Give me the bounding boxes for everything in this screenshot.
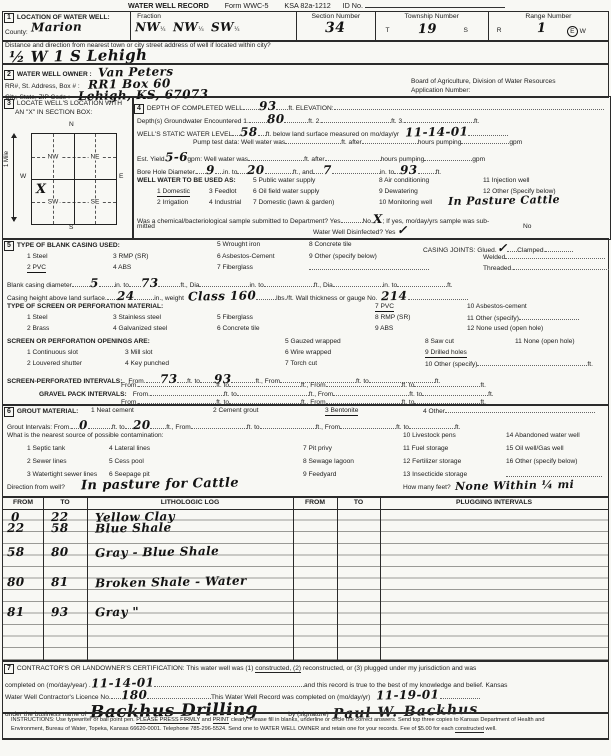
instructions-line2: Environment, Bureau of Water, Topeka, Ka…	[11, 726, 497, 733]
yield-after-ft: ft. after	[304, 156, 325, 163]
yield-label: Est. Yield	[137, 156, 165, 163]
gpi-from: From.	[133, 391, 150, 398]
opening-option: 8 Saw cut	[425, 338, 454, 346]
casing-option: 4 ABS	[113, 264, 131, 272]
cert-line1: 7CONTRACTOR'S OR LANDOWNER'S CERTIFICATI…	[4, 664, 476, 674]
screen-option: 8 RMP (SR)	[375, 314, 410, 322]
township-label: Township Number	[376, 13, 488, 20]
log-column-line	[293, 497, 294, 661]
diam-ftdia2: ft., Dia	[314, 282, 333, 289]
elevation-label: ft. ELEVATION:	[288, 105, 333, 112]
instructions-print: PRINT	[213, 717, 230, 724]
use-option: 3 Feedlot	[209, 188, 237, 196]
casing-height-line: Casing height above land surface.24in., …	[7, 289, 468, 303]
use-option: 5 Public water supply	[253, 177, 315, 185]
cert-line1b: reconstructed, or (3) plugged under my j…	[303, 665, 476, 672]
instructions-2a: Environment, Bureau of Water, Topeka, Ka…	[11, 726, 455, 732]
owner-row: 2WATER WELL OWNER :Van Peters RR#, St. A…	[2, 63, 609, 98]
grout-title-line: 6GROUT MATERIAL:	[4, 407, 78, 417]
openings-title: SCREEN OR PERFORATION OPENINGS ARE:	[7, 338, 150, 346]
contam-option: 2 Sewer lines	[27, 458, 67, 466]
county-label: County:	[5, 29, 28, 37]
fraction-3: SW	[211, 20, 234, 35]
casing-option: 1 Steel	[27, 253, 48, 261]
weight-label: in., weight	[154, 295, 184, 302]
weight-value: Class 160	[188, 288, 256, 304]
log-column-line	[43, 497, 44, 661]
mitted-label: mitted	[137, 223, 155, 231]
range-label: Range Number	[489, 13, 608, 20]
log-header-litho: LITHOLOGIC LOG	[87, 499, 293, 506]
disinfected-label: Water Well Disinfected? Yes	[313, 229, 395, 236]
screen-option: 3 Stainless steel	[113, 314, 161, 322]
screen-option-pvc-marked: 7 PVC	[375, 303, 394, 312]
lithologic-log-table: FROM TO LITHOLOGIC LOG FROM TO PLUGGING …	[2, 496, 609, 662]
other-specify-dots	[309, 264, 429, 273]
log-column-line	[87, 497, 88, 661]
range-r: R	[497, 27, 502, 35]
diam-into3: in. to	[383, 282, 397, 289]
opening-option: 5 Gauzed wrapped	[285, 338, 341, 346]
gpi-ft: ft.	[488, 391, 494, 398]
fraction-value-line: NW¼ NW¼ SW¼	[135, 20, 239, 34]
bore-ft1: 20	[247, 163, 265, 178]
disinfected-no-label: No	[523, 223, 531, 231]
log-row-from: 80	[7, 575, 25, 590]
contam-option: 16 Other (specify below)	[506, 458, 577, 466]
casing-option: 5 Wrought iron	[217, 241, 260, 249]
quarter-3: ¼	[234, 27, 239, 33]
grout-from-value: 0	[79, 418, 88, 433]
diam-ftdia1: ft., Dia	[180, 282, 199, 289]
contam-option: 15 Oil well/Gas well	[506, 445, 564, 453]
contam-option: 13 Insecticide storage	[403, 471, 467, 479]
used-as-label: WELL WATER TO BE USED AS:	[137, 177, 236, 184]
casing-option: 8 Concrete tile	[309, 241, 352, 249]
screen-option: 12 None used (open hole)	[467, 325, 543, 333]
opening-option-other: 10 Other (specify)ft.	[425, 360, 593, 369]
casing-title: TYPE OF BLANK CASING USED:	[17, 242, 120, 249]
static-level-label: WELL'S STATIC WATER LEVEL	[137, 131, 232, 138]
opening-ft: ft.	[587, 361, 593, 368]
feet-label: How many feet?	[403, 484, 451, 492]
section-box-panel: 3LOCATE WELL'S LOCATION WITH AN "X" IN S…	[2, 96, 134, 240]
log-column-line	[337, 497, 338, 661]
range-value: 1	[537, 21, 547, 37]
cert-licence-label: Water Well Contractor's Licence No.	[5, 694, 111, 701]
log-row-to: 80	[51, 545, 69, 560]
contam-option: 12 Fertilizer storage	[403, 458, 461, 466]
instructions-constructed: constructed	[455, 726, 484, 733]
contam-option: 5 Cess pool	[109, 458, 144, 466]
fraction-1: NW	[135, 20, 160, 35]
mile-label: 1 Mile	[4, 151, 10, 167]
quadrant-ne: NE	[88, 153, 101, 160]
height-label: Casing height above land surface.	[7, 295, 107, 302]
groundwater-label: Depth(s) Groundwater Encountered 1.	[137, 118, 249, 125]
log-header-from1: FROM	[3, 499, 43, 506]
grout-option: 1 Neat cement	[91, 407, 134, 415]
log-row-from: 58	[7, 545, 25, 560]
section3-number: 3	[4, 99, 14, 109]
county-value: Marion	[31, 20, 82, 35]
fraction-cell: Fraction NW¼ NW¼ SW¼	[131, 12, 297, 41]
direction-label: Direction from well?	[7, 484, 65, 492]
gpi-ftto2: ft. to	[409, 391, 422, 398]
distance-row: Distance and direction from nearest town…	[2, 40, 609, 65]
screen-option-other: 11 Other (specify)	[467, 314, 579, 323]
grout-int-label: Grout Intervals: From.	[7, 424, 71, 431]
screen-option: 1 Steel	[27, 314, 48, 322]
mile-arrow-down	[11, 217, 17, 222]
grid-center-horizontal	[32, 179, 116, 180]
grout-option-other: 4 Other	[423, 407, 595, 416]
mile-arrow-up	[11, 133, 17, 138]
log-row-to: 81	[51, 575, 69, 590]
grout-option: 2 Cement grout	[213, 407, 258, 415]
township-t: T	[386, 27, 390, 35]
compass-west: W	[20, 173, 26, 181]
grout-option-other-label: 4 Other	[423, 408, 445, 415]
yield-hours: hours pumping	[381, 156, 425, 163]
disinfected-check: ✓	[397, 223, 408, 238]
section6-number: 6	[4, 407, 14, 417]
form-title: WATER WELL RECORD	[128, 1, 209, 10]
grout-ftto: ft. to	[112, 424, 125, 431]
instructions-press-firmly: PLEASE PRESS FIRMLY	[136, 717, 200, 724]
log-row-desc: Blue Shale	[95, 520, 172, 536]
bore-into1: in. to	[223, 169, 237, 176]
contam-option: 10 Livestock pens	[403, 432, 456, 440]
instructions-1a: INSTRUCTIONS: Use typewriter or ball poi…	[11, 717, 136, 723]
use-option: 7 Domestic (lawn & garden)	[253, 199, 334, 207]
contam-option: 8 Sewage lagoon	[303, 458, 354, 466]
quarter-2: ¼	[199, 27, 204, 33]
well-x-mark: X	[36, 182, 47, 198]
compass-south: S	[69, 224, 73, 232]
feet-value: None Within ¼ mi	[455, 478, 574, 493]
location-cell: 1LOCATION OF WATER WELL: County: Marion	[3, 12, 131, 41]
screen-option: 2 Brass	[27, 325, 49, 333]
use-other-value: In Pasture Cattle	[448, 193, 560, 208]
screen-option-other-label: 11 Other (specify)	[467, 315, 519, 322]
disinfected-line: Water Well Disinfected? Yes✓	[313, 223, 408, 237]
id-label: ID No.	[343, 1, 363, 10]
section3-title1-line: 3LOCATE WELL'S LOCATION WITH	[4, 99, 122, 109]
section1-number: 1	[4, 13, 14, 23]
bore-ft2: 93	[400, 163, 418, 178]
contam-option: 4 Lateral lines	[109, 445, 150, 453]
form-number: Form WWC-5	[225, 1, 269, 10]
section-number-cell: Section Number 34	[297, 12, 375, 41]
casing-option: 9 Other (specify below)	[309, 253, 377, 261]
grout-ft: ft.	[455, 424, 461, 431]
gpi-ftfrom: ft., From	[309, 391, 334, 398]
opening-option: 1 Continuous slot	[27, 349, 78, 357]
bore-d2: 7	[323, 163, 332, 178]
sample-label: Was a chemical/bacteriological sample su…	[137, 218, 341, 225]
height-value: 24	[117, 289, 135, 304]
bore-into2: in. to	[380, 169, 394, 176]
use-option: 11 Injection well	[483, 177, 529, 185]
log-row-desc: Gray - Blue Shale	[95, 544, 219, 561]
depth-label: DEPTH OF COMPLETED WELL	[147, 105, 243, 112]
use-option: 2 Irrigation	[157, 199, 188, 207]
use-option: 10 Monitoring well	[379, 199, 432, 207]
opening-option: 2 Louvered shutter	[27, 360, 82, 368]
grout-intervals-line: Grout Intervals: From.0ft. to20ft., From…	[7, 418, 460, 432]
quadrant-nw: NW	[46, 153, 61, 160]
water-well-record-form: WATER WELL RECORD Form WWC-5 KSA 82a-121…	[0, 0, 611, 756]
statute: KSA 82a-1212	[284, 1, 330, 10]
screen-option: 10 Asbestos-cement	[467, 303, 527, 311]
grout-to-value: 20	[133, 418, 151, 433]
log-row-to: 58	[51, 521, 69, 536]
instructions-1b: and	[200, 717, 212, 723]
range-cell: Range Number R 1 E W	[489, 12, 608, 41]
quadrant-sw: SW	[46, 198, 60, 205]
section3-title1: LOCATE WELL'S LOCATION WITH	[17, 100, 122, 107]
threaded-label: Threaded.	[483, 265, 513, 272]
section-grid-box: NW NE SW SE X	[31, 133, 117, 225]
spi2-ftto2: ft. to	[402, 382, 415, 389]
contamination-question: What is the nearest source of possible c…	[7, 432, 164, 440]
instructions-line1: INSTRUCTIONS: Use typewriter or ball poi…	[11, 717, 544, 724]
used-as-row1: WELL WATER TO BE USED AS:	[137, 177, 236, 185]
spi-line2: From.ft. toft., Fromft. toft.	[121, 381, 486, 390]
opening-option: 6 Wire wrapped	[285, 349, 331, 357]
diam-into: in. to	[115, 282, 129, 289]
pump-hours-label: hours pumping	[418, 139, 462, 146]
casing-option: 6 Asbestos-Cement	[217, 253, 275, 261]
log-row-to: 93	[51, 605, 69, 620]
section-number-value: 34	[325, 20, 346, 37]
log-header-to2: TO	[337, 499, 380, 506]
pump-gpm: gpm	[509, 139, 522, 146]
spi2-ftfrom: ft., From	[301, 382, 326, 389]
opening-option: 11 None (open hole)	[515, 338, 575, 346]
contam-option: 1 Septic tank	[27, 445, 65, 453]
contam-option: 7 Pit privy	[303, 445, 332, 453]
opening-option: 4 Key punched	[125, 360, 169, 368]
opening-option-drilled-marked: 9 Drilled holes	[425, 349, 467, 358]
log-row-from: 81	[7, 605, 25, 620]
log-header-from2: FROM	[293, 499, 337, 506]
gauge-label: lbs./ft. Wall thickness or gauge No.	[276, 295, 377, 302]
grout-ftto2: ft. to	[247, 424, 260, 431]
screen-option: 6 Concrete tile	[217, 325, 260, 333]
groundwater-2-label: ft. 2.	[308, 118, 321, 125]
bore-ftand: ft., and	[293, 169, 313, 176]
log-row-from: 22	[7, 521, 25, 536]
grout-ftfrom1: ft., From	[166, 424, 191, 431]
yield-after: gpm: Well water was	[187, 156, 248, 163]
bore-label: Bore Hole Diameter.	[137, 169, 196, 176]
location-row: 1LOCATION OF WATER WELL: County: Marion …	[2, 11, 609, 42]
grout-panel: 6GROUT MATERIAL: 1 Neat cement 2 Cement …	[2, 404, 609, 498]
direction-value: In pasture for Cattle	[81, 476, 239, 494]
range-west: W	[580, 28, 586, 35]
cert-constructed-underlined: constructed, (2)	[255, 665, 301, 673]
mile-arrow-line	[13, 137, 14, 221]
log-column-line	[380, 497, 381, 661]
welded-line: Welded	[483, 253, 605, 262]
range-ew: E W	[567, 26, 586, 37]
agency-line: Board of Agriculture, Division of Water …	[411, 78, 556, 86]
grout-title: GROUT MATERIAL:	[17, 408, 78, 415]
gauge-value: 214	[381, 289, 407, 304]
casing-title-line: 5TYPE OF BLANK CASING USED:	[4, 241, 120, 251]
ft-label: ft.	[474, 118, 480, 125]
log-row-desc: Broken Shale - Water	[95, 574, 247, 591]
form-titlebar: WATER WELL RECORD Form WWC-5 KSA 82a-121…	[128, 2, 505, 11]
use-option-domestic-marked: 1 Domestic	[157, 188, 190, 197]
quadrant-se: SE	[89, 198, 102, 205]
casing-option: 7 Fiberglass	[217, 264, 253, 272]
bore-ft: ft.	[436, 169, 442, 176]
certification-panel: 7CONTRACTOR'S OR LANDOWNER'S CERTIFICATI…	[2, 660, 609, 714]
casing-panel: 5TYPE OF BLANK CASING USED: 5 Wrought ir…	[2, 238, 609, 406]
pump-test-label: Pump test data: Well water was	[193, 139, 285, 146]
contam-option: 11 Fuel storage	[403, 445, 448, 453]
compass-north: N	[69, 121, 74, 129]
compass-east: E	[119, 173, 123, 181]
opening-option-other-label: 10 Other (specify)	[425, 361, 477, 368]
bore-hole-line: Bore Hole Diameter.9in. to20ft., and7in.…	[137, 163, 441, 177]
grout-ftfrom2: ft., From	[316, 424, 341, 431]
section3-title2: AN "X" IN SECTION BOX:	[15, 109, 92, 117]
groundwater-3-label: ft. 3.	[391, 118, 404, 125]
contam-option: 14 Abandoned water well	[506, 432, 580, 440]
yield-gpm: gpm	[472, 156, 485, 163]
spi2-from: From.	[121, 382, 138, 389]
instructions-1c: clearly. Please fill in blanks, underlin…	[229, 717, 544, 723]
application-number-label: Application Number:	[411, 87, 470, 95]
casing-option-pvc-marked: 2 PVC	[27, 264, 46, 273]
spi2-ftto: ft. to	[216, 382, 229, 389]
diam-label: Blank casing diameter	[7, 282, 72, 289]
screen-option: 4 Galvanized steel	[113, 325, 167, 333]
township-s: S	[464, 27, 468, 35]
use-option: 8 Air conditioning	[379, 177, 429, 185]
log-header-plugging: PLUGGING INTERVALS	[380, 499, 608, 506]
gpi-label: GRAVEL PACK INTERVALS:	[39, 391, 127, 398]
threaded-line: Threaded.	[483, 264, 609, 273]
fraction-2: NW	[173, 20, 198, 35]
use-option: 6 Oil field water supply	[253, 188, 319, 196]
use-option: 9 Dewatering	[379, 188, 418, 196]
township-value: 19	[417, 22, 436, 38]
spi-label: SCREEN-PERFORATED INTERVALS:	[7, 378, 122, 385]
pump-test-line: Pump test data: Well water wasft. afterh…	[193, 138, 522, 147]
use-option: 4 Industrial	[209, 199, 241, 207]
cert-line1a: CONTRACTOR'S OR LANDOWNER'S CERTIFICATIO…	[17, 665, 254, 672]
pump-after-label: ft. after	[341, 139, 362, 146]
static-level-after: ft. below land surface measured on mo/da…	[266, 131, 399, 138]
opening-option: 7 Torch cut	[285, 360, 317, 368]
section5-number: 5	[4, 241, 14, 251]
section-number-label: Section Number	[297, 13, 374, 20]
township-cell: Township Number T 19 S	[376, 12, 489, 41]
instructions-2b: well.	[484, 726, 497, 732]
range-east-circled: E	[567, 26, 578, 37]
bore-d1: 9	[206, 163, 215, 178]
screen-title: TYPE OF SCREEN OR PERFORATION MATERIAL:	[7, 303, 163, 311]
grout-ftto3: ft. to	[396, 424, 409, 431]
instructions-panel: INSTRUCTIONS: Use typewriter or ball poi…	[2, 712, 609, 740]
log-header-to1: TO	[43, 499, 87, 506]
contam-option: 9 Feedyard	[303, 471, 336, 479]
depth-panel: 4DEPTH OF COMPLETED WELL93ft. ELEVATION:…	[132, 96, 611, 240]
grout-option-bentonite-marked: 3 Bentonite	[325, 407, 358, 416]
screen-option: 5 Fiberglass	[217, 314, 253, 322]
welded-label: Welded	[483, 254, 505, 261]
section7-number: 7	[4, 664, 14, 674]
id-blank-line	[365, 2, 505, 8]
log-ruled-body	[3, 509, 608, 661]
screen-option: 9 ABS	[375, 325, 393, 333]
log-row-desc: Gray "	[95, 605, 139, 620]
spi2-ft: ft.	[480, 382, 486, 389]
opening-option: 3 Mill slot	[125, 349, 152, 357]
diam-ft: ft.	[447, 282, 453, 289]
casing-option: 3 RMP (SR)	[113, 253, 148, 261]
gpi-ftto: ft. to	[224, 391, 237, 398]
quarter-1: ¼	[160, 27, 165, 33]
